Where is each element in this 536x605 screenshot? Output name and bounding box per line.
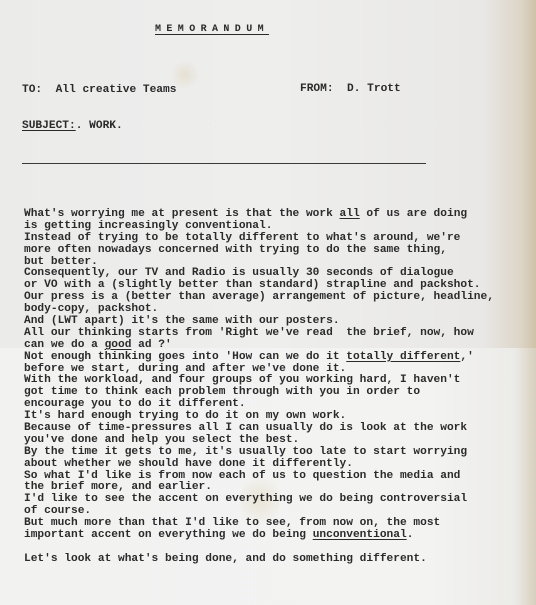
memo-text: ad ?' bbox=[131, 339, 171, 351]
memo-text: All our thinking starts from 'Right we'v… bbox=[24, 327, 474, 339]
memo-text: about whether we should have done it dif… bbox=[24, 458, 353, 470]
header-divider bbox=[22, 163, 426, 164]
from-value: D. Trott bbox=[347, 83, 401, 95]
memo-text: I'd like to see the accent on everything… bbox=[24, 493, 467, 505]
memo-text: Our press is a (better than average) arr… bbox=[24, 291, 494, 303]
to-value: All creative Teams bbox=[56, 84, 177, 96]
memo-text: What's worrying me at present is that th… bbox=[24, 208, 340, 220]
underlined-emphasis: all bbox=[340, 208, 360, 220]
memo-text: And (LWT apart) it's the same with our p… bbox=[24, 315, 340, 327]
memo-text: Instead of trying to be totally differen… bbox=[24, 232, 460, 244]
memo-body-line: important accent on everything we do bei… bbox=[24, 530, 494, 542]
memo-closing-line: Let's look at what's being done, and do … bbox=[24, 554, 494, 566]
memo-text: but better. bbox=[24, 256, 98, 268]
memo-text: Consequently, our TV and Radio is usuall… bbox=[24, 267, 454, 279]
memo-text: can we do a bbox=[24, 339, 105, 351]
to-line: TO: All creative Teams bbox=[22, 84, 176, 96]
underlined-emphasis: unconventional bbox=[313, 529, 407, 541]
memo-text: But much more than that I'd like to see,… bbox=[24, 517, 440, 529]
memo-text: So what I'd like is from now each of us … bbox=[24, 470, 460, 482]
memo-text: Not enough thinking goes into 'How can w… bbox=[24, 351, 346, 363]
memo-text: Because of time-pressures all I can usua… bbox=[24, 422, 467, 434]
memo-text: It's hard enough trying to do it on my o… bbox=[24, 410, 346, 422]
memo-text: got time to think each problem through w… bbox=[24, 386, 420, 398]
memo-text: body-copy, packshot. bbox=[24, 303, 158, 315]
memo-text: encourage you to do it different. bbox=[24, 398, 246, 410]
memo-text: of course. bbox=[24, 505, 91, 517]
underlined-emphasis: totally different bbox=[346, 351, 460, 363]
memo-text: before we start, during and after we've … bbox=[24, 363, 346, 375]
memo-text: of us are doing bbox=[360, 208, 467, 220]
subject-label: SUBJECT: bbox=[22, 120, 76, 132]
memo-text: important accent on everything we do bei… bbox=[24, 529, 313, 541]
subject-line: SUBJECT:. WORK. bbox=[22, 120, 123, 132]
subject-value: . WORK. bbox=[76, 120, 123, 132]
memo-text: By the time it gets to me, it's usually … bbox=[24, 446, 467, 458]
memo-text: . bbox=[407, 529, 414, 541]
memo-text: ,' bbox=[460, 351, 473, 363]
memo-title: MEMORANDUM bbox=[155, 24, 269, 35]
memo-text: With the workload, and four groups of yo… bbox=[24, 374, 460, 386]
memo-text: more often nowadays concerned with tryin… bbox=[24, 244, 447, 256]
underlined-emphasis: good bbox=[105, 339, 132, 351]
memo-body-line: I'd like to see the accent on everything… bbox=[24, 494, 494, 506]
memo-text: or VO with a (slightly better than stand… bbox=[24, 279, 481, 291]
memo-body: What's worrying me at present is that th… bbox=[24, 209, 494, 566]
to-label: TO: bbox=[22, 84, 42, 96]
from-line: FROM: D. Trott bbox=[300, 83, 401, 95]
from-label: FROM: bbox=[300, 83, 334, 95]
memo-text: the brief more, and earlier. bbox=[24, 481, 212, 493]
memo-text: is getting increasingly conventional. bbox=[24, 220, 272, 232]
memo-text: you've done and help you select the best… bbox=[24, 434, 299, 446]
